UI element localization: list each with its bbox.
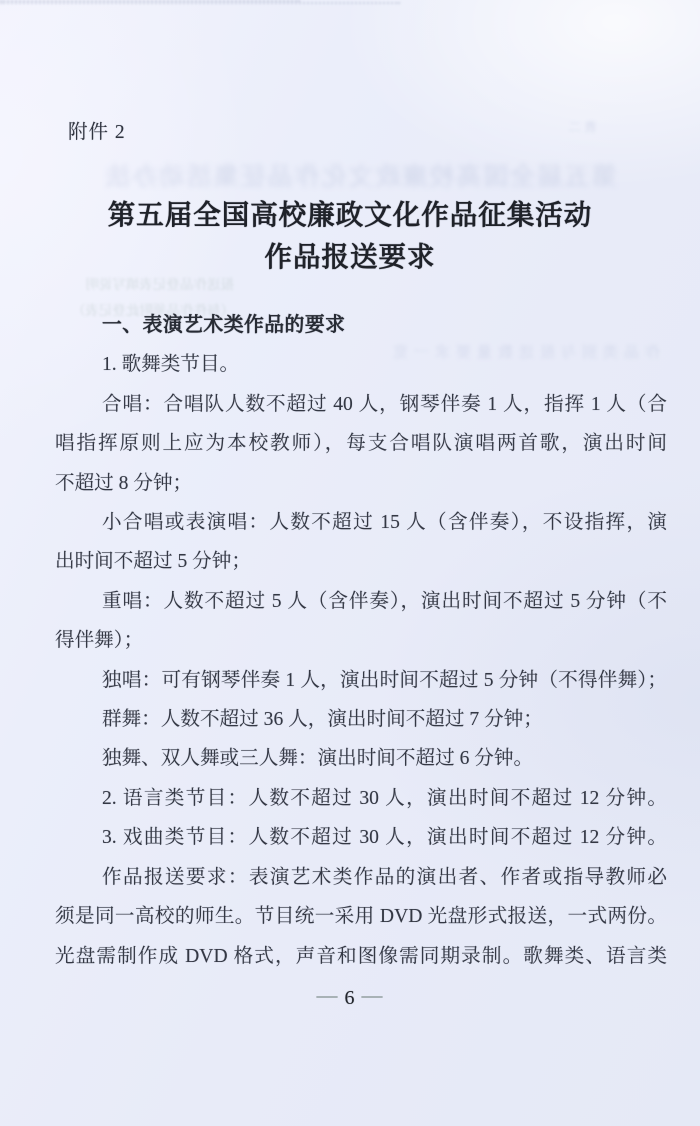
page-number-dash-right: — — [362, 983, 384, 1007]
text-line: 光盘需制作成 DVD 格式，声音和图像需同期录制。歌舞类、语言类 — [55, 937, 667, 976]
scanned-document-page: 第五届全国高校廉政文化作品征集活动办法 报送作品登记表填写说明 （每件作品须附此… — [0, 0, 700, 1126]
document-body: 一、表演艺术类作品的要求 1. 歌舞类节目。 合唱：合唱队人数不超过 40 人，… — [55, 306, 667, 976]
bleed-through-table-line — [0, 2, 400, 4]
text-line: 2. 语言类节目：人数不超过 30 人，演出时间不超过 12 分钟。 — [55, 779, 667, 818]
text-line: 小合唱或表演唱：人数不超过 15 人（含伴奏），不设指挥，演 — [55, 503, 667, 542]
bleed-through-ghost: 第五届全国高校廉政文化作品征集活动办法 — [40, 157, 680, 193]
text-line: 1. 歌舞类节目。 — [55, 345, 667, 384]
text-line: 合唱：合唱队人数不超过 40 人，钢琴伴奏 1 人，指挥 1 人（合 — [55, 385, 667, 424]
text-line: 群舞：人数不超过 36 人，演出时间不超过 7 分钟； — [55, 700, 667, 739]
text-line: 独唱：可有钢琴伴奏 1 人，演出时间不超过 5 分钟（不得伴舞）； — [55, 661, 667, 700]
document-title-line-2: 作品报送要求 — [0, 236, 700, 278]
text-line: 不超过 8 分钟； — [55, 464, 667, 503]
text-line: 3. 戏曲类节目：人数不超过 30 人，演出时间不超过 12 分钟。 — [55, 818, 667, 857]
text-line: 重唱：人数不超过 5 人（含伴奏），演出时间不超过 5 分钟（不 — [55, 582, 667, 621]
bleed-through-ghost: 表二 — [565, 118, 597, 135]
page-number: —6— — [0, 985, 700, 1010]
text-line: 须是同一高校的师生。节目统一采用 DVD 光盘形式报送，一式两份。 — [55, 897, 667, 936]
text-line: 出时间不超过 5 分钟； — [55, 542, 667, 581]
text-line: 独舞、双人舞或三人舞：演出时间不超过 6 分钟。 — [55, 739, 667, 778]
section-heading: 一、表演艺术类作品的要求 — [55, 306, 667, 345]
text-line: 唱指挥原则上应为本校教师），每支合唱队演唱两首歌，演出时间 — [55, 424, 667, 463]
page-number-value: 6 — [339, 987, 362, 1009]
attachment-label: 附件 2 — [68, 116, 126, 144]
text-line: 作品报送要求：表演艺术类作品的演出者、作者或指导教师必 — [55, 858, 667, 897]
document-title-line-1: 第五届全国高校廉政文化作品征集活动 — [0, 194, 700, 236]
document-title: 第五届全国高校廉政文化作品征集活动 作品报送要求 — [0, 194, 700, 277]
text-line: 得伴舞）； — [55, 621, 667, 660]
page-number-dash-left: — — [317, 983, 339, 1007]
